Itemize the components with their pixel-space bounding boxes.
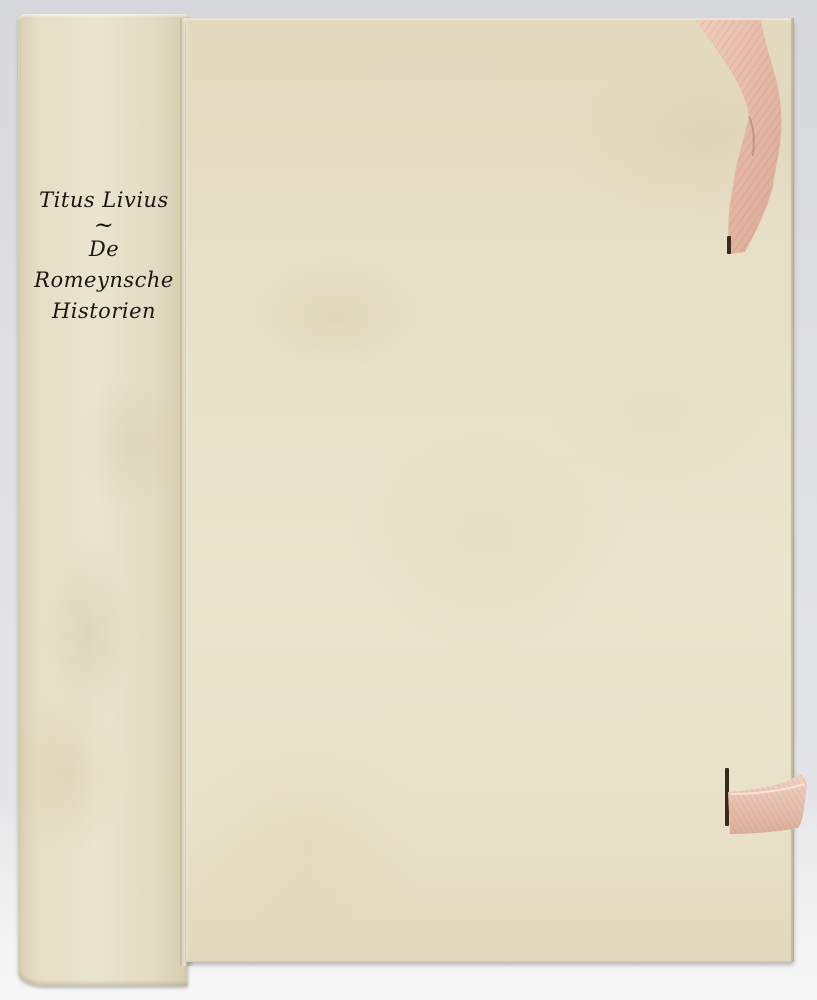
book-spine: Titus Livius ~ De Romeynsche Historien <box>18 14 188 986</box>
top-tie-icon <box>693 16 793 256</box>
spine-title-word-1: De <box>24 239 184 260</box>
spine-title-word-2: Romeynsche <box>24 270 184 291</box>
spine-title-word-3: Historien <box>24 301 184 322</box>
spine-title-flourish: ~ <box>24 213 184 233</box>
bottom-tie-icon <box>718 762 813 842</box>
top-tie-slit <box>727 236 731 254</box>
spine-title: Titus Livius ~ De Romeynsche Historien <box>24 186 184 322</box>
book: Titus Livius ~ De Romeynsche Historien <box>18 14 800 986</box>
spine-title-author: Titus Livius <box>24 190 184 211</box>
